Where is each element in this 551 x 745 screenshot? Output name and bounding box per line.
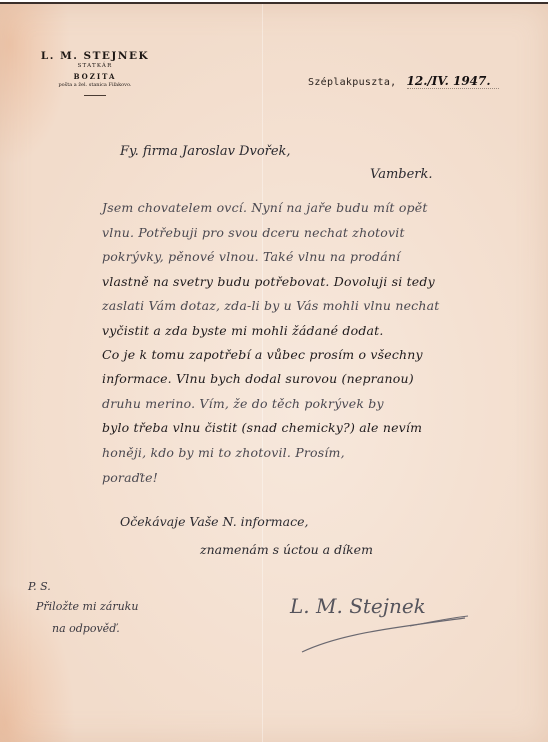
letterhead: L. M. STEJNEK STATKÁR BOZITA pošta a žel…	[20, 50, 170, 96]
letterhead-post: pošta a žel. stanica Fiľakovo.	[20, 82, 170, 88]
closing-line-2: znamenám s úctou a díkem	[200, 542, 373, 557]
postscript-line-2: na odpověď.	[52, 622, 120, 635]
recipient-city: Vamberk.	[370, 167, 433, 182]
body-line: Jsem chovatelem ovcí. Nyní na jaře budu …	[102, 200, 428, 215]
letter-sheet: L. M. STEJNEK STATKÁR BOZITA pošta a žel…	[0, 2, 548, 742]
postscript-line-1: Přiložte mi záruku	[36, 600, 138, 613]
body-line: vlnu. Potřebuji pro svou dceru nechat zh…	[102, 225, 405, 240]
body-line: bylo třeba vlnu čistit (snad chemicky?) …	[102, 420, 422, 435]
letterhead-divider	[84, 95, 106, 96]
letterhead-role: STATKÁR	[20, 63, 170, 69]
body-line: informace. Vlnu bych dodal surovou (nepr…	[102, 371, 414, 386]
body-line: Co je k tomu zapotřebí a vůbec prosím o …	[102, 347, 423, 362]
dateline: Széplakpuszta, 12./IV. 1947.	[308, 74, 499, 88]
salutation: Fy. firma Jaroslav Dvořek,	[120, 144, 291, 159]
letterhead-place: BOZITA	[20, 72, 170, 81]
dateline-date: 12./IV. 1947.	[407, 74, 499, 89]
body-line: honěji, kdo by mi to zhotovil. Prosím,	[102, 445, 345, 460]
signature-flourish-icon	[300, 614, 470, 654]
body-line: pokrývky, pěnové vlnou. Také vlnu na pro…	[102, 249, 400, 264]
postscript-label: P. S.	[28, 580, 51, 593]
body-line: zaslati Vám dotaz, zda-li by u Vás mohli…	[102, 298, 440, 313]
body-line: poraďte!	[102, 470, 158, 485]
body-line: vyčistit a zda byste mi mohli žádané dod…	[102, 323, 384, 338]
dateline-place: Széplakpuszta,	[308, 77, 397, 88]
body-line: druhu merino. Vím, že do těch pokrývek b…	[102, 396, 384, 411]
letterhead-name: L. M. STEJNEK	[20, 50, 170, 62]
closing-line-1: Očekávaje Vaše N. informace,	[120, 514, 309, 529]
body-line: vlastně na svetry budu potřebovat. Dovol…	[102, 274, 435, 289]
